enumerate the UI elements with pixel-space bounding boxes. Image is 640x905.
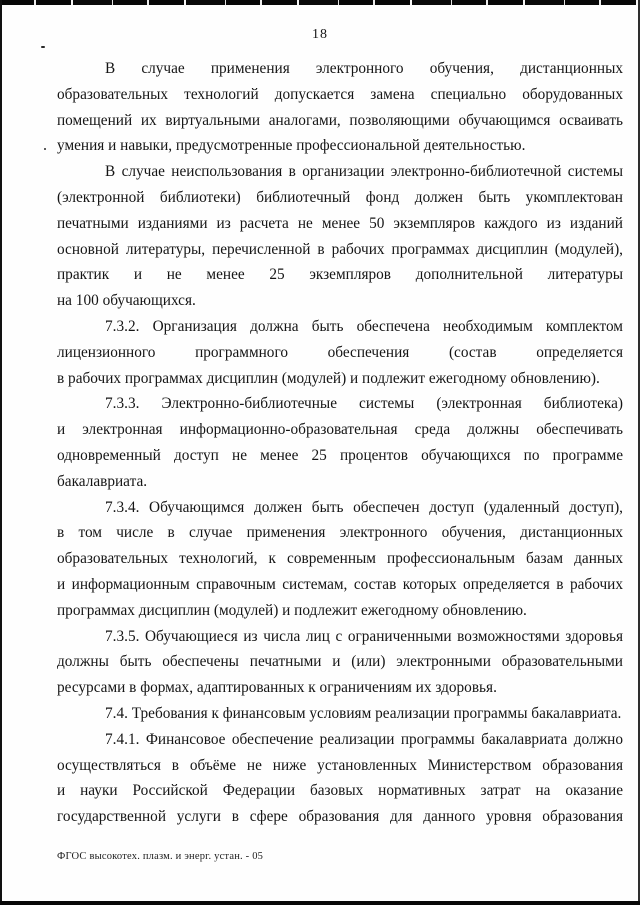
scan-border-top	[0, 0, 640, 5]
document-body: В случае применения электронного обучени…	[57, 56, 623, 830]
scan-border-bottom	[0, 901, 640, 905]
text-line: умения и навыки, предусмотренные професс…	[57, 133, 623, 159]
page-number: 18	[0, 27, 640, 43]
text-line: бакалавриата.	[57, 469, 623, 495]
text-line: В случае неиспользования в организации э…	[57, 159, 623, 185]
paragraph: В случае применения электронного обучени…	[57, 56, 623, 159]
text-line: одновременный доступ не менее 25 процент…	[57, 443, 623, 469]
text-line: (электронной библиотеки) библиотечный фо…	[57, 185, 623, 211]
footer-note: ФГОС высокотех. плазм. и энерг. устан. -…	[57, 851, 263, 862]
text-line: лицензионного программного обеспечения (…	[57, 340, 623, 366]
text-line: практик и не менее 25 экземпляров дополн…	[57, 262, 623, 288]
text-line: в рабочих программах дисциплин (модулей)…	[57, 366, 623, 392]
text-line: программах дисциплин (модулей) и подлежи…	[57, 598, 623, 624]
text-line: 7.3.5. Обучающиеся из числа лиц с ограни…	[57, 624, 623, 650]
scan-border-left	[0, 0, 2, 905]
text-line: осуществляться в объёме не ниже установл…	[57, 753, 623, 779]
text-line: 7.4.1. Финансовое обеспечение реализации…	[57, 727, 623, 753]
scan-artifact	[41, 46, 45, 48]
paragraph: 7.3.3. Электронно-библиотечные системы (…	[57, 391, 623, 494]
document-page: 18 В случае применения электронного обуч…	[0, 0, 640, 905]
text-line: и информационным справочным системам, со…	[57, 572, 623, 598]
paragraph: 7.3.2. Организация должна быть обеспечен…	[57, 314, 623, 391]
text-line: и электронная информационно-образователь…	[57, 417, 623, 443]
text-line: и науки Российской Федерации базовых нор…	[57, 778, 623, 804]
paragraph: 7.3.4. Обучающимся должен быть обеспечен…	[57, 495, 623, 624]
text-line: помещений их виртуальными аналогами, поз…	[57, 108, 623, 134]
text-line: 7.3.3. Электронно-библиотечные системы (…	[57, 391, 623, 417]
text-line: в том числе в случае применения электрон…	[57, 520, 623, 546]
paragraph: В случае неиспользования в организации э…	[57, 159, 623, 314]
text-line: ресурсами в формах, адаптированных к огр…	[57, 675, 623, 701]
text-line: образовательных технологий допускается з…	[57, 82, 623, 108]
text-line: В случае применения электронного обучени…	[57, 56, 623, 82]
scan-artifact	[44, 148, 46, 150]
text-line: государственной услуги в сфере образован…	[57, 804, 623, 830]
text-line: на 100 обучающихся.	[57, 288, 623, 314]
text-line: должны быть обеспечены печатными и (или)…	[57, 649, 623, 675]
text-line: основной литературы, перечисленной в раб…	[57, 237, 623, 263]
text-line: образовательных технологий, к современны…	[57, 546, 623, 572]
text-line: 7.3.2. Организация должна быть обеспечен…	[57, 314, 623, 340]
text-line: 7.3.4. Обучающимся должен быть обеспечен…	[57, 495, 623, 521]
paragraph: 7.4. Требования к финансовым условиям ре…	[57, 701, 623, 727]
text-line: 7.4. Требования к финансовым условиям ре…	[57, 701, 623, 727]
paragraph: 7.3.5. Обучающиеся из числа лиц с ограни…	[57, 624, 623, 701]
paragraph: 7.4.1. Финансовое обеспечение реализации…	[57, 727, 623, 830]
text-line: печатными изданиями из расчета не менее …	[57, 211, 623, 237]
